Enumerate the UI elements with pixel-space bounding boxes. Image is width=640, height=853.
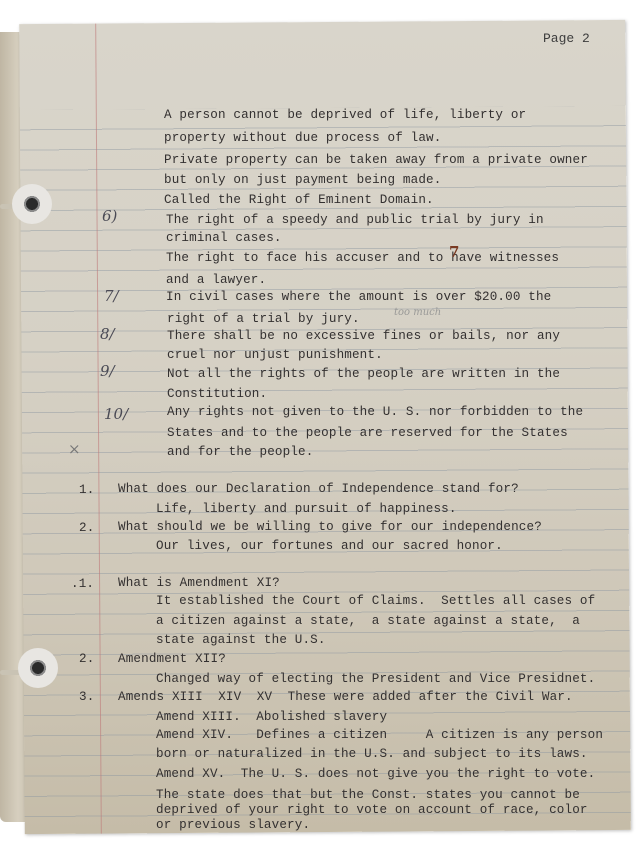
handwritten-number-6: 6): [102, 207, 117, 225]
text-line: The right of a speedy and public trial b…: [166, 213, 544, 227]
handwritten-number-7: 7/: [104, 287, 119, 305]
text-line: property without due process of law.: [164, 131, 441, 145]
pencil-note: too much: [394, 307, 441, 318]
answer-text: Amend XV. The U. S. does not give you th…: [156, 767, 595, 781]
answer-text: or previous slavery.: [156, 818, 310, 832]
question-text: What does our Declaration of Independenc…: [118, 482, 519, 496]
answer-text: state against the U.S.: [156, 633, 326, 647]
text-line: Private property can be taken away from …: [164, 153, 588, 167]
text-line: States and to the people are reserved fo…: [167, 426, 568, 440]
red-correction-mark: 7: [449, 243, 459, 261]
question-number: .1.: [71, 577, 94, 591]
handwritten-number-9: 9/: [100, 362, 115, 380]
question-text: Amendment XII?: [118, 652, 226, 666]
text-line: and for the people.: [167, 445, 313, 459]
question-text: What is Amendment XI?: [118, 576, 280, 590]
text-line: cruel nor unjust punishment.: [167, 348, 383, 362]
answer-text: Amend XIII. Abolished slavery: [156, 710, 387, 724]
question-text: Amends XIII XIV XV These were added afte…: [118, 690, 573, 704]
question-text: What should we be willing to give for ou…: [118, 520, 542, 534]
text-line: Not all the rights of the people are wri…: [167, 367, 560, 381]
answer-text: a citizen against a state, a state again…: [156, 614, 580, 628]
text-line: A person cannot be deprived of life, lib…: [164, 108, 526, 122]
answer-text: Changed way of electing the President an…: [156, 672, 595, 686]
text-line: Called the Right of Eminent Domain.: [164, 193, 434, 207]
handwritten-number-10: 10/: [104, 405, 128, 423]
answer-text: born or naturalized in the U.S. and subj…: [156, 747, 588, 761]
text-line: but only on just payment being made.: [164, 173, 441, 187]
text-line: Constitution.: [167, 387, 267, 401]
text-line: criminal cases.: [166, 231, 282, 245]
text-line: The right to face his accuser and to hav…: [166, 251, 559, 265]
answer-text: It established the Court of Claims. Sett…: [156, 594, 595, 608]
answer-text: Life, liberty and pursuit of happiness.: [156, 502, 457, 516]
answer-text: deprived of your right to vote on accoun…: [156, 803, 588, 817]
question-number: 1.: [79, 483, 94, 497]
binder-hole-reinforcement-bottom: [18, 648, 58, 688]
handwritten-number-8: 8/: [100, 325, 115, 343]
answer-text: Amend XIV. Defines a citizen A citizen i…: [156, 728, 603, 742]
text-line: In civil cases where the amount is over …: [166, 290, 551, 304]
question-number: 3.: [79, 690, 94, 704]
text-line: There shall be no excessive fines or bai…: [167, 329, 560, 343]
handwritten-x-mark: ×: [68, 440, 81, 458]
binder-hole-reinforcement-top: [12, 184, 52, 224]
page-number: Page 2: [543, 31, 590, 46]
text-line: right of a trial by jury.: [167, 312, 360, 326]
question-number: 2.: [79, 652, 94, 666]
text-line: and a lawyer.: [166, 273, 266, 287]
question-number: 2.: [79, 521, 94, 535]
text-line: Any rights not given to the U. S. nor fo…: [167, 405, 583, 419]
answer-text: Our lives, our fortunes and our sacred h…: [156, 539, 503, 553]
answer-text: The state does that but the Const. state…: [156, 788, 580, 802]
